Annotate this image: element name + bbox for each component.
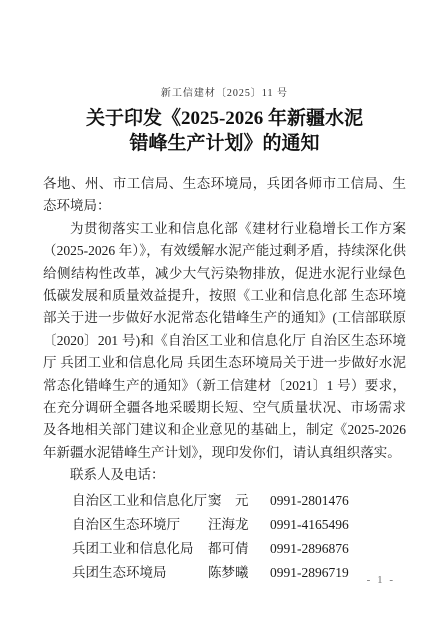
contact-org: 兵团工业和信息化局 bbox=[72, 537, 208, 561]
contact-row: 自治区工业和信息化厅 窦 元 0991-2801476 bbox=[43, 489, 406, 513]
contact-org: 自治区工业和信息化厅 bbox=[72, 489, 208, 513]
contact-name: 窦 元 bbox=[208, 489, 270, 513]
contacts-list: 自治区工业和信息化厅 窦 元 0991-2801476 自治区生态环境厅 汪海龙… bbox=[43, 489, 406, 585]
salutation: 各地、州、市工信局、生态环境局，兵团各师市工信局、生态环境局： bbox=[43, 173, 406, 218]
contact-org: 自治区生态环境厅 bbox=[72, 513, 208, 537]
contact-org: 兵团生态环境局 bbox=[72, 561, 208, 585]
contact-phone: 0991-4165496 bbox=[270, 513, 406, 537]
contact-name: 陈梦曦 bbox=[208, 561, 270, 585]
document-body: 各地、州、市工信局、生态环境局，兵团各师市工信局、生态环境局： 为贯彻落实工业和… bbox=[43, 173, 406, 585]
main-paragraph: 为贯彻落实工业和信息化部《建材行业稳增长工作方案（2025-2026 年）》，有… bbox=[43, 218, 406, 464]
contacts-heading: 联系人及电话： bbox=[43, 464, 406, 486]
contact-name: 都可倩 bbox=[208, 537, 270, 561]
document-content: 新工信建材〔2025〕11 号 关于印发《2025-2026 年新疆水泥 错峰生… bbox=[43, 84, 406, 585]
document-number: 新工信建材〔2025〕11 号 bbox=[43, 84, 406, 99]
document-title-line-1: 关于印发《2025-2026 年新疆水泥 bbox=[86, 108, 363, 129]
contact-row: 自治区生态环境厅 汪海龙 0991-4165496 bbox=[43, 513, 406, 537]
document-page: 新工信建材〔2025〕11 号 关于印发《2025-2026 年新疆水泥 错峰生… bbox=[0, 0, 446, 631]
page-number: - 1 - bbox=[367, 574, 395, 586]
contact-name: 汪海龙 bbox=[208, 513, 270, 537]
contact-phone: 0991-2896876 bbox=[270, 537, 406, 561]
contact-row: 兵团生态环境局 陈梦曦 0991-2896719 bbox=[43, 561, 406, 585]
document-title: 关于印发《2025-2026 年新疆水泥 错峰生产计划》的通知 bbox=[43, 106, 406, 156]
contact-row: 兵团工业和信息化局 都可倩 0991-2896876 bbox=[43, 537, 406, 561]
contact-phone: 0991-2801476 bbox=[270, 489, 406, 513]
document-title-line-2: 错峰生产计划》的通知 bbox=[129, 133, 319, 154]
